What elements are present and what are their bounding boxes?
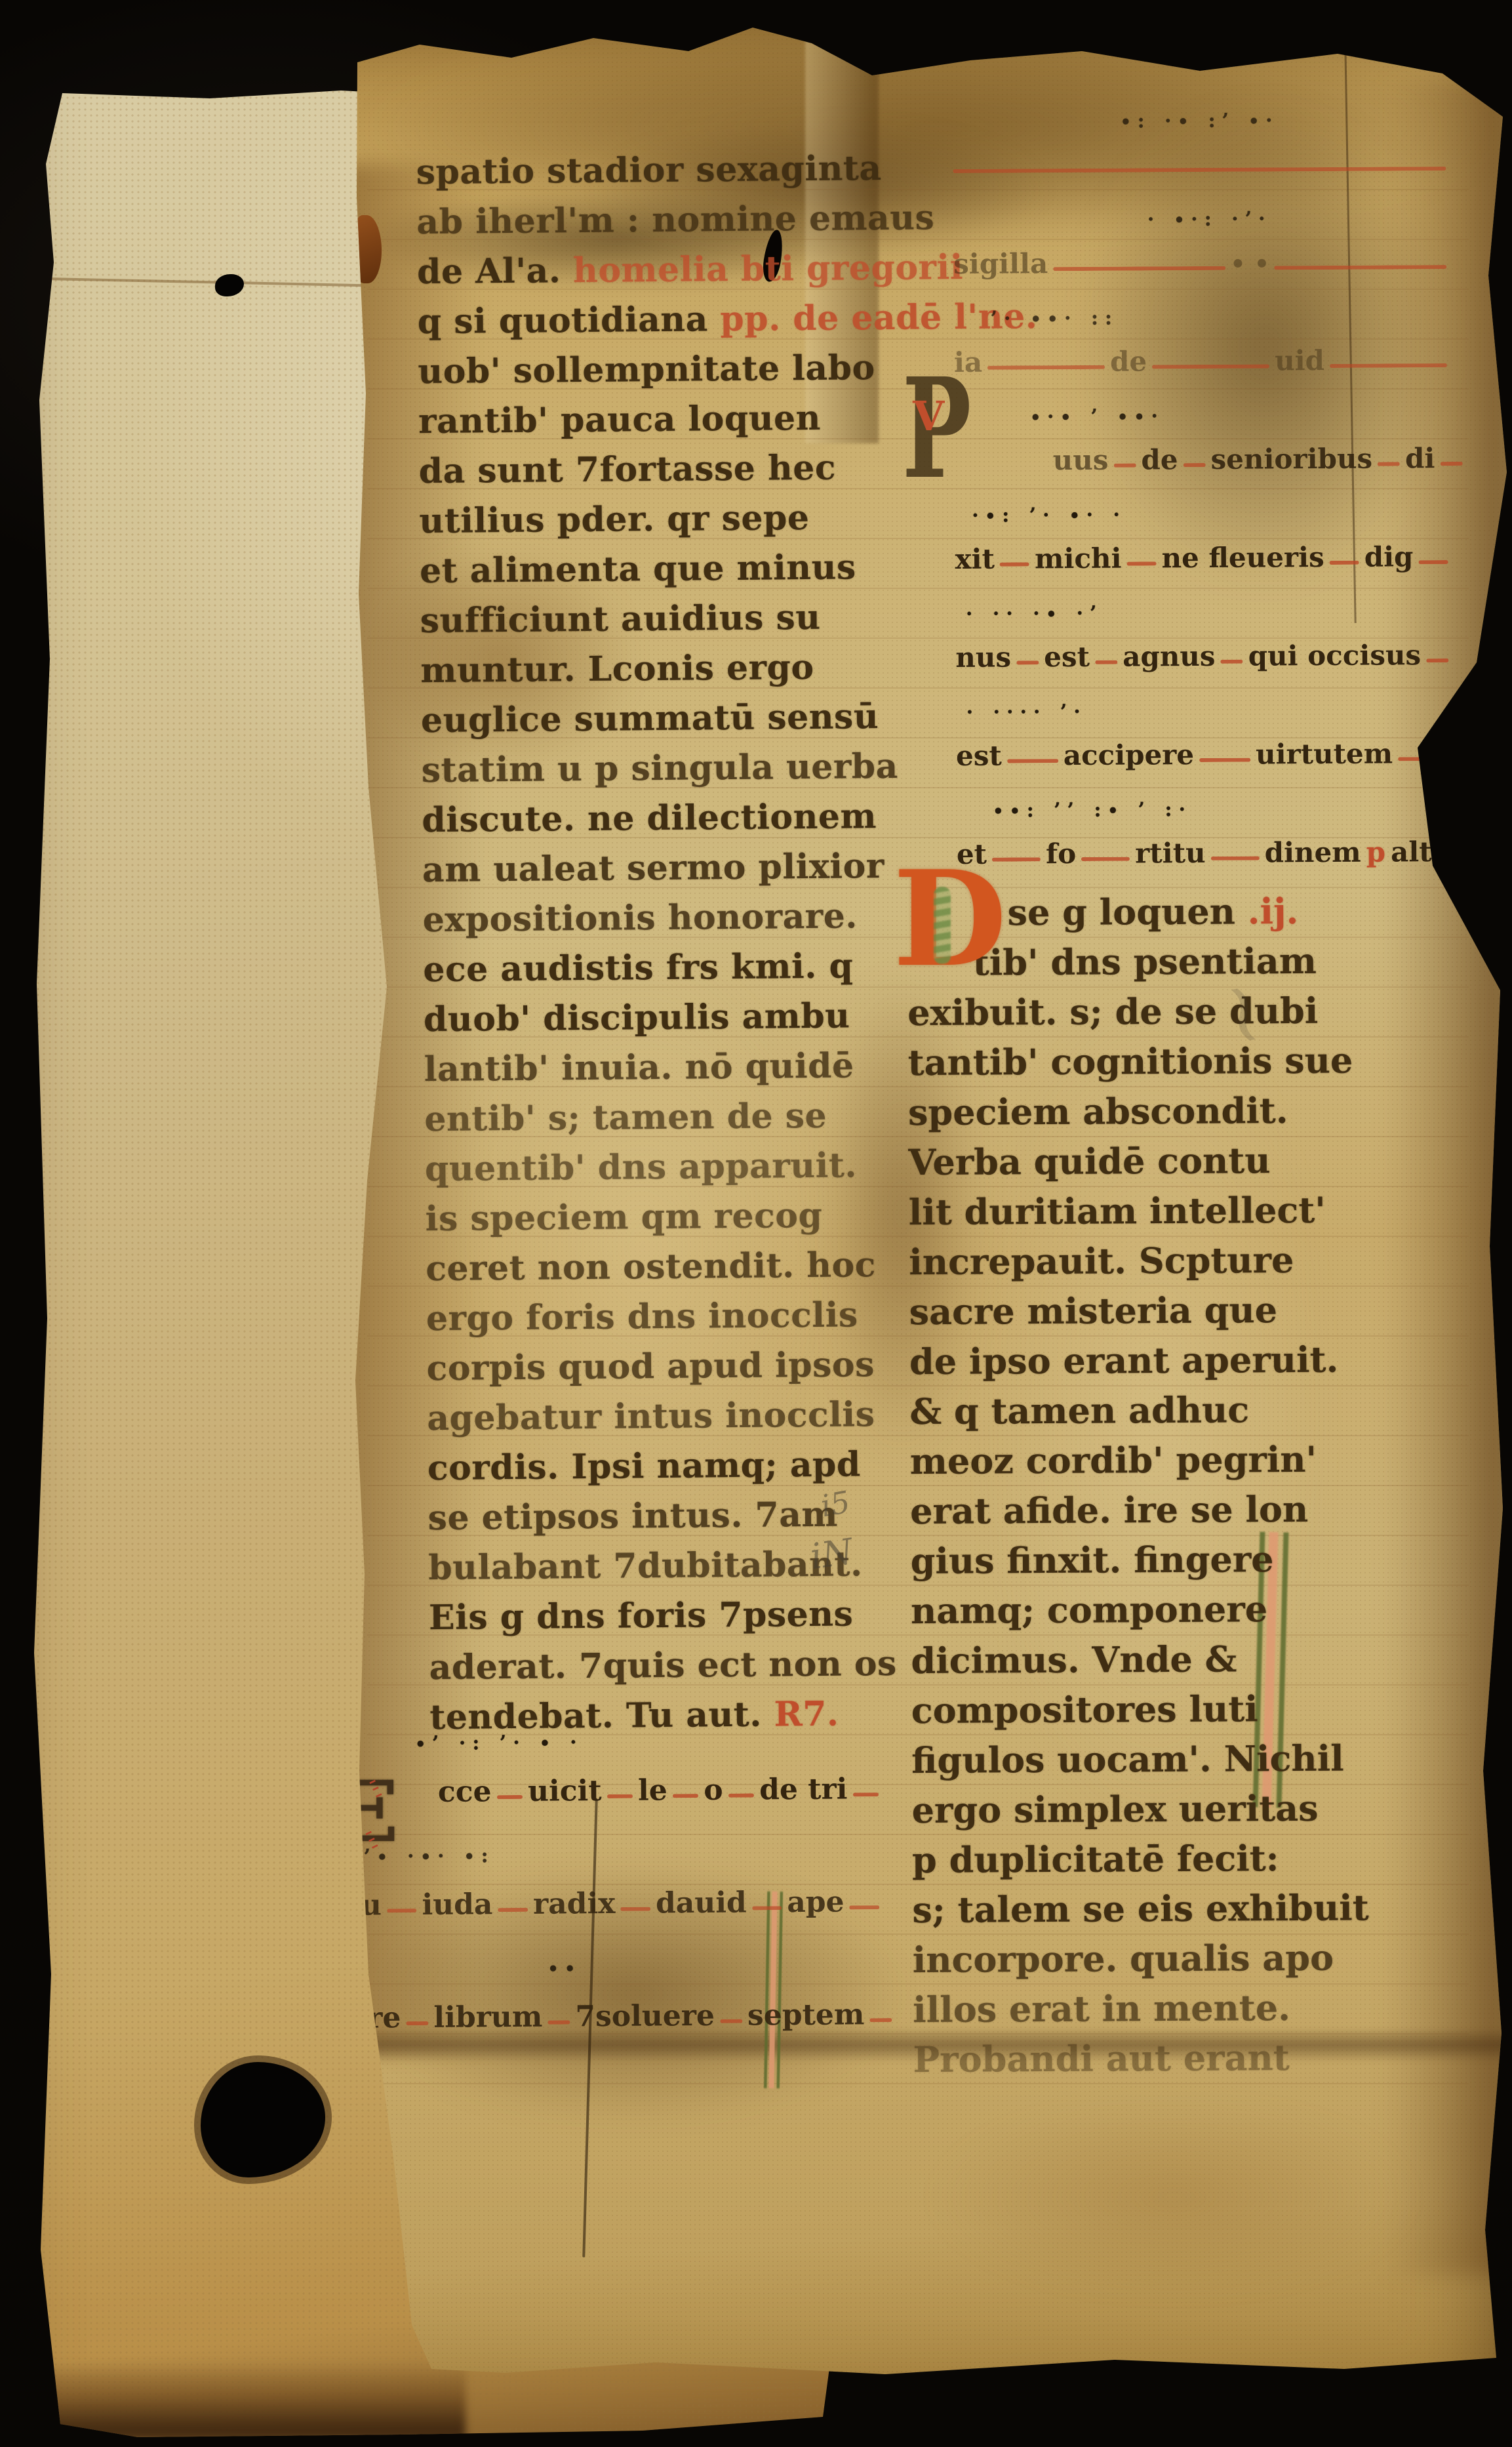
staff-line-segment bbox=[1418, 560, 1448, 564]
text-line: expositionis honorare. bbox=[422, 891, 895, 945]
neume-row: ∙∙ bbox=[338, 1946, 883, 1991]
text-line: compositores luti bbox=[911, 1683, 1436, 1735]
text-line: tantib' cognitionis sue bbox=[907, 1035, 1432, 1087]
text-line: lit duritiam intellect' bbox=[909, 1184, 1433, 1237]
initial-green-ornament bbox=[934, 887, 951, 964]
text-segment: dinem bbox=[1265, 836, 1361, 868]
text-segment: q si quotidiana bbox=[417, 299, 720, 342]
text-segment: namq; componere bbox=[911, 1588, 1267, 1632]
text-segment: accipere bbox=[1064, 738, 1195, 771]
text-line: figulos uocam'. Nichil bbox=[911, 1733, 1436, 1785]
staff-line-segment bbox=[1199, 758, 1250, 762]
staff-line-segment bbox=[547, 2020, 570, 2024]
text-line: q si quotidiana pp. de eadē l'ne. bbox=[417, 293, 890, 347]
staff-line-segment bbox=[620, 1907, 650, 1911]
text-line: ergo foris dns inocclis bbox=[426, 1290, 899, 1344]
text-segment: qui occisus bbox=[1248, 639, 1422, 672]
text-segment: p duplicitatē fecit: bbox=[912, 1837, 1279, 1881]
chant-system: · ∙·: ·’·sigilla∙ ∙ bbox=[951, 197, 1450, 298]
text-segment: gius finxit. fingere bbox=[910, 1538, 1273, 1582]
text-segment: de ipso erant aperuit. bbox=[909, 1339, 1339, 1383]
chant-system: ’∙ ·∙· ∙:buiudaradixdauidape bbox=[337, 1833, 882, 1950]
text-segment: ape bbox=[787, 1885, 845, 1919]
text-line: meoz cordib' pegrin' bbox=[910, 1434, 1435, 1486]
right-text-column: e se g loquen .ij.tib' dns psentiamexibu… bbox=[907, 885, 1438, 2084]
chant-system: ∙’ ·: ’· ∙ ·cceuicitleode tri bbox=[336, 1720, 881, 1837]
staff-line-segment bbox=[1095, 660, 1117, 664]
staff-line-segment bbox=[852, 1792, 879, 1796]
text-segment: uid bbox=[1275, 344, 1324, 376]
text-segment: increpauit. Scpture bbox=[909, 1239, 1294, 1283]
text-line: p duplicitatē fecit: bbox=[912, 1832, 1437, 1885]
text-line: & q tamen adhuc bbox=[909, 1384, 1434, 1436]
text-line: increpauit. Scpture bbox=[909, 1234, 1433, 1287]
text-segment: & q tamen adhuc bbox=[909, 1388, 1249, 1432]
text-segment: di bbox=[1405, 442, 1435, 474]
text-segment: muntur. Lconis ergo bbox=[420, 647, 814, 691]
text-segment: euglice summatū sensū bbox=[421, 697, 879, 740]
text-segment: s; talem se eis exhibuit bbox=[912, 1886, 1369, 1931]
text-line: sacre misteria que bbox=[909, 1284, 1433, 1337]
text-segment: Eis g dns foris 7psens bbox=[429, 1594, 854, 1638]
text-segment: ece audistis frs kmi. q bbox=[423, 946, 854, 990]
staff-line-segment bbox=[1081, 857, 1130, 861]
large-hole bbox=[201, 2062, 325, 2177]
text-line: ergo simplex ueritas bbox=[911, 1783, 1436, 1835]
text-line: Verba quidē contu bbox=[908, 1135, 1433, 1187]
text-segment: ceret non ostendit. hoc bbox=[426, 1245, 876, 1289]
text-segment: de bbox=[1141, 443, 1178, 475]
chant-lyric-line: rirelibrum7soluereseptem bbox=[338, 1987, 883, 2046]
staff-line-segment bbox=[1126, 561, 1156, 565]
staff-line-segment bbox=[752, 1906, 782, 1910]
chant-lyric-line: cceuicitleode tri bbox=[337, 1761, 882, 1820]
text-line: namq; componere bbox=[911, 1583, 1435, 1636]
neume-row: · ·· ·∙ ·’ bbox=[953, 590, 1451, 636]
text-line: de Al'a. homelia bti gregorii bbox=[417, 243, 890, 297]
text-line: Probandi aut erant bbox=[913, 2032, 1437, 2084]
staff-line-segment bbox=[387, 1909, 417, 1912]
text-line: spatio stadior sexaginta bbox=[416, 144, 888, 197]
chant-lyric-line: sigilla∙ ∙ bbox=[951, 240, 1449, 285]
neume-row: ∙: ·∙ :’ ∙· bbox=[950, 98, 1448, 144]
stray-neumes: ∙:∙ ·’ · bbox=[1134, 43, 1243, 66]
text-segment: rantib' pauca loquen bbox=[418, 398, 821, 441]
text-segment: p bbox=[1366, 836, 1386, 868]
right-chant-block: ∙: ·∙ :’ ∙·· ∙·: ·’·sigilla∙ ∙’· ∙∙· ::i… bbox=[950, 98, 1452, 888]
text-line: statim u p singula uerba bbox=[421, 742, 894, 796]
staff-line-segment bbox=[1113, 464, 1136, 468]
text-line: sufficiunt auidius su bbox=[420, 592, 892, 646]
text-segment: cordis. Ipsi namq; apd bbox=[428, 1444, 861, 1488]
text-segment: de tri bbox=[759, 1772, 848, 1806]
chant-lyric-line: iadeuid bbox=[951, 338, 1450, 383]
staff-line-segment bbox=[953, 167, 1446, 173]
text-line: duob' discipulis ambu bbox=[424, 991, 896, 1045]
text-segment: se etipsos intus. 7am bbox=[428, 1495, 838, 1538]
text-segment: rtitu bbox=[1135, 836, 1206, 869]
staff-line-segment bbox=[1330, 561, 1359, 565]
staff-line-segment bbox=[1152, 364, 1269, 369]
text-segment: Probandi aut erant bbox=[913, 2036, 1289, 2080]
text-segment: septem bbox=[747, 1998, 865, 2032]
staff-line-segment bbox=[728, 1793, 755, 1797]
text-segment: ab iherl'm : nomine emaus bbox=[416, 197, 934, 242]
staff-line-segment bbox=[869, 2018, 892, 2022]
text-segment: ergo simplex ueritas bbox=[911, 1787, 1318, 1831]
text-segment: xit bbox=[955, 542, 995, 575]
staff-line-segment bbox=[1398, 757, 1449, 761]
text-line: da sunt 7fortasse hec bbox=[418, 443, 891, 496]
staff-line-segment bbox=[1274, 265, 1446, 270]
text-segment: agnus bbox=[1123, 639, 1216, 672]
staff-line-segment bbox=[1000, 562, 1029, 566]
text-segment: ergo foris dns inocclis bbox=[426, 1295, 858, 1339]
neume-row: ∙’ ·: ’· ∙ · bbox=[336, 1720, 881, 1765]
staff-line-segment bbox=[1330, 363, 1447, 368]
chant-system: ·∙: ’· ∙· ·xitmichine fleuerisdig bbox=[952, 492, 1451, 593]
text-segment: librum bbox=[433, 2000, 542, 2034]
chant-lyric-line: etfortitudinem palta bbox=[954, 830, 1452, 875]
text-segment: discute. ne dilectionem bbox=[422, 796, 877, 840]
text-line: entib' s; tamen de se bbox=[424, 1091, 897, 1144]
staff-line-segment bbox=[1053, 266, 1225, 271]
text-segment: ∙ ∙ bbox=[1231, 246, 1269, 278]
text-segment: cce bbox=[438, 1775, 492, 1809]
stain bbox=[931, 2099, 1416, 2295]
text-line: s; talem se eis exhibuit bbox=[912, 1882, 1437, 1935]
text-segment: entib' s; tamen de se bbox=[424, 1096, 827, 1139]
text-segment: lantib' inuia. nō quidē bbox=[424, 1045, 854, 1089]
text-segment: spatio stadior sexaginta bbox=[416, 148, 881, 192]
text-segment: lit duritiam intellect' bbox=[909, 1189, 1326, 1233]
staff-line-segment bbox=[607, 1794, 633, 1798]
staff-line-segment bbox=[1221, 660, 1243, 664]
text-segment: incorpore. qualis apo bbox=[913, 1937, 1334, 1981]
text-line: utilius pder. qr sepe bbox=[419, 493, 892, 546]
marginal-scribble: i5 bbox=[818, 1484, 853, 1524]
text-segment: sacre misteria que bbox=[909, 1289, 1277, 1333]
text-segment: le bbox=[638, 1773, 667, 1807]
text-segment: da sunt 7fortasse hec bbox=[418, 448, 836, 492]
text-segment: radix bbox=[533, 1886, 616, 1920]
text-segment: sigilla bbox=[953, 247, 1048, 280]
neume-row: ∙·∙ ’ ∙∙· bbox=[951, 394, 1450, 439]
text-line: illos erat in mente. bbox=[913, 1982, 1437, 2034]
text-line: am ualeat sermo plixior bbox=[422, 841, 895, 895]
staff-line-segment bbox=[497, 1795, 523, 1799]
text-line: cordis. Ipsi namq; apd bbox=[428, 1440, 900, 1493]
text-line: muntur. Lconis ergo bbox=[420, 642, 893, 696]
staff-line-segment bbox=[498, 1908, 528, 1912]
staff-line-segment bbox=[1211, 857, 1260, 860]
staff-line-segment bbox=[1426, 658, 1448, 662]
text-line: lantib' inuia. nō quidē bbox=[424, 1041, 896, 1095]
text-segment: 7soluere bbox=[575, 1998, 715, 2032]
text-segment: aderat. 7quis ect non os bbox=[429, 1644, 897, 1688]
text-segment: compositores luti bbox=[911, 1688, 1258, 1731]
chant-lyric-line: estaccipereuirtutem bbox=[953, 732, 1452, 777]
chant-system: · ·· ·∙ ·’nusestagnusqui occisus bbox=[953, 590, 1452, 691]
text-segment: is speciem qm recog bbox=[425, 1196, 822, 1239]
staff-line-segment bbox=[1378, 462, 1400, 466]
text-segment: utilius pder. qr sepe bbox=[419, 498, 810, 541]
chant-lyric-line: uusdesenioribusdi bbox=[952, 437, 1450, 481]
text-line: agebatur intus inocclis bbox=[427, 1390, 900, 1444]
manuscript-photo: spatio stadior sexagintaab iherl'm : nom… bbox=[0, 0, 1512, 2447]
text-segment: e se g loquen bbox=[972, 890, 1235, 933]
staff-line-segment bbox=[673, 1794, 699, 1798]
text-segment: statim u p singula uerba bbox=[421, 746, 898, 790]
text-segment: expositionis honorare. bbox=[422, 896, 858, 940]
text-line: incorpore. qualis apo bbox=[913, 1932, 1437, 1985]
chant-lyric-line: xitmichine fleuerisdig bbox=[952, 535, 1450, 580]
chant-system: · ···· ’·estaccipereuirtutem bbox=[953, 689, 1452, 790]
staff-line-segment bbox=[406, 2021, 428, 2025]
text-segment: uus bbox=[1053, 443, 1109, 475]
text-segment: .ij. bbox=[1235, 890, 1299, 933]
chant-system: ∙∙rirelibrum7soluereseptem bbox=[338, 1946, 883, 2063]
text-line: et alimenta que minus bbox=[420, 542, 892, 596]
staff-line-segment bbox=[850, 1905, 880, 1909]
chant-lyric-line: buiudaradixdauidape bbox=[338, 1874, 883, 1933]
neume-row: · ···· ’· bbox=[953, 689, 1452, 735]
text-line: discute. ne dilectionem bbox=[422, 792, 894, 845]
text-segment: de Al'a. bbox=[417, 251, 573, 292]
text-segment: nus bbox=[955, 641, 1011, 673]
neume-row: ’· ∙∙· :: bbox=[951, 295, 1449, 341]
text-line: ece audistis frs kmi. q bbox=[423, 941, 896, 995]
text-segment: duob' discipulis ambu bbox=[424, 996, 850, 1040]
text-line: Eis g dns foris 7psens bbox=[429, 1589, 902, 1643]
text-segment: sufficiunt auidius su bbox=[420, 597, 820, 641]
text-line: rantib' pauca loquen bbox=[418, 393, 891, 447]
text-segment: et alimenta que minus bbox=[420, 547, 856, 591]
text-segment: tantib' cognitionis sue bbox=[907, 1040, 1353, 1084]
neume-row: · ∙·: ·’· bbox=[951, 197, 1449, 243]
text-segment: uirtutem bbox=[1256, 737, 1393, 770]
text-segment: iuda bbox=[422, 1888, 492, 1922]
staff-line-segment bbox=[1016, 660, 1039, 664]
text-line: ab iherl'm : nomine emaus bbox=[416, 193, 889, 247]
staff-line-segment bbox=[1184, 463, 1206, 467]
text-line: ceret non ostendit. hoc bbox=[426, 1240, 898, 1294]
text-segment: ne fleueris bbox=[1161, 541, 1324, 574]
text-segment: agebatur intus inocclis bbox=[427, 1394, 875, 1438]
text-segment: dicimus. Vnde & bbox=[911, 1638, 1237, 1682]
marginal-scribble: iN bbox=[808, 1531, 856, 1577]
left-chant-block: ∙’ ·: ’· ∙ ·cceuicitleode tri’∙ ·∙· ∙:bu… bbox=[336, 1720, 883, 2063]
text-segment: illos erat in mente. bbox=[913, 1987, 1290, 2031]
chant-lyric-line: nusestagnusqui occisus bbox=[953, 634, 1451, 678]
text-line: erat afide. ire se lon bbox=[910, 1484, 1435, 1536]
text-segment: meoz cordib' pegrin' bbox=[910, 1438, 1317, 1482]
staff-line-segment bbox=[1440, 462, 1462, 466]
chant-lyric-line bbox=[950, 142, 1448, 186]
text-segment: quentib' dns apparuit. bbox=[425, 1145, 857, 1189]
text-segment: bulabant 7dubitabant. bbox=[428, 1544, 863, 1588]
text-segment: uicit bbox=[528, 1774, 602, 1808]
text-segment: fo bbox=[1046, 838, 1076, 870]
text-segment: o bbox=[704, 1773, 723, 1806]
text-segment: homelia bti gregorii bbox=[573, 247, 963, 291]
chant-system: ’· ∙∙· ::iadeuid bbox=[951, 295, 1450, 396]
text-line: aderat. 7quis ect non os bbox=[429, 1639, 902, 1693]
text-line: speciem abscondit. bbox=[908, 1085, 1433, 1137]
chant-system: ∙∙: ’’ :∙ ’ :·etfortitudinem palta bbox=[953, 787, 1452, 888]
text-line: gius finxit. fingere bbox=[910, 1533, 1435, 1586]
text-line: is speciem qm recog bbox=[425, 1190, 898, 1244]
text-segment: est bbox=[956, 739, 1002, 771]
neume-row: ·∙: ’· ∙· · bbox=[952, 492, 1450, 538]
text-line: dicimus. Vnde & bbox=[911, 1633, 1435, 1686]
text-line: uob' sollempnitate labo bbox=[418, 343, 890, 397]
text-segment: dig bbox=[1364, 540, 1414, 573]
text-segment: speciem abscondit. bbox=[908, 1089, 1288, 1133]
text-line: de ipso erant aperuit. bbox=[909, 1334, 1434, 1386]
small-hole bbox=[215, 274, 244, 296]
text-segment: senioribus bbox=[1210, 442, 1372, 475]
text-line: euglice summatū sensū bbox=[421, 692, 894, 746]
text-segment: corpis quod apud ipsos bbox=[426, 1345, 875, 1388]
neume-row: ∙∙: ’’ :∙ ’ :· bbox=[953, 787, 1452, 833]
text-line: corpis quod apud ipsos bbox=[426, 1340, 899, 1394]
text-segment: alta bbox=[1391, 836, 1450, 868]
chant-system: ∙·∙ ’ ∙∙·uusdesenioribusdi bbox=[951, 394, 1450, 495]
text-segment: michi bbox=[1035, 542, 1122, 575]
verse-initial-V: V bbox=[913, 392, 944, 440]
staff-line-segment bbox=[720, 2019, 742, 2023]
text-segment: erat afide. ire se lon bbox=[910, 1488, 1308, 1532]
staff-line-segment bbox=[1007, 759, 1058, 763]
chant-system: ∙: ·∙ :’ ∙· bbox=[950, 98, 1449, 199]
neume-row: ’∙ ·∙· ∙: bbox=[337, 1833, 881, 1878]
text-segment: Verba quidē contu bbox=[908, 1139, 1270, 1183]
burnt-bottom-edge bbox=[39, 2361, 466, 2440]
text-segment: est bbox=[1044, 640, 1090, 672]
parchment-crease bbox=[38, 277, 366, 287]
text-segment: uob' sollempnitate labo bbox=[418, 348, 875, 392]
text-segment: dauid bbox=[656, 1886, 747, 1920]
text-segment: am ualeat sermo plixior bbox=[422, 846, 885, 890]
staff-line-segment bbox=[987, 365, 1105, 370]
text-segment: figulos uocam'. Nichil bbox=[911, 1737, 1344, 1781]
text-segment: de bbox=[1110, 345, 1147, 377]
text-line: quentib' dns apparuit. bbox=[425, 1141, 898, 1194]
